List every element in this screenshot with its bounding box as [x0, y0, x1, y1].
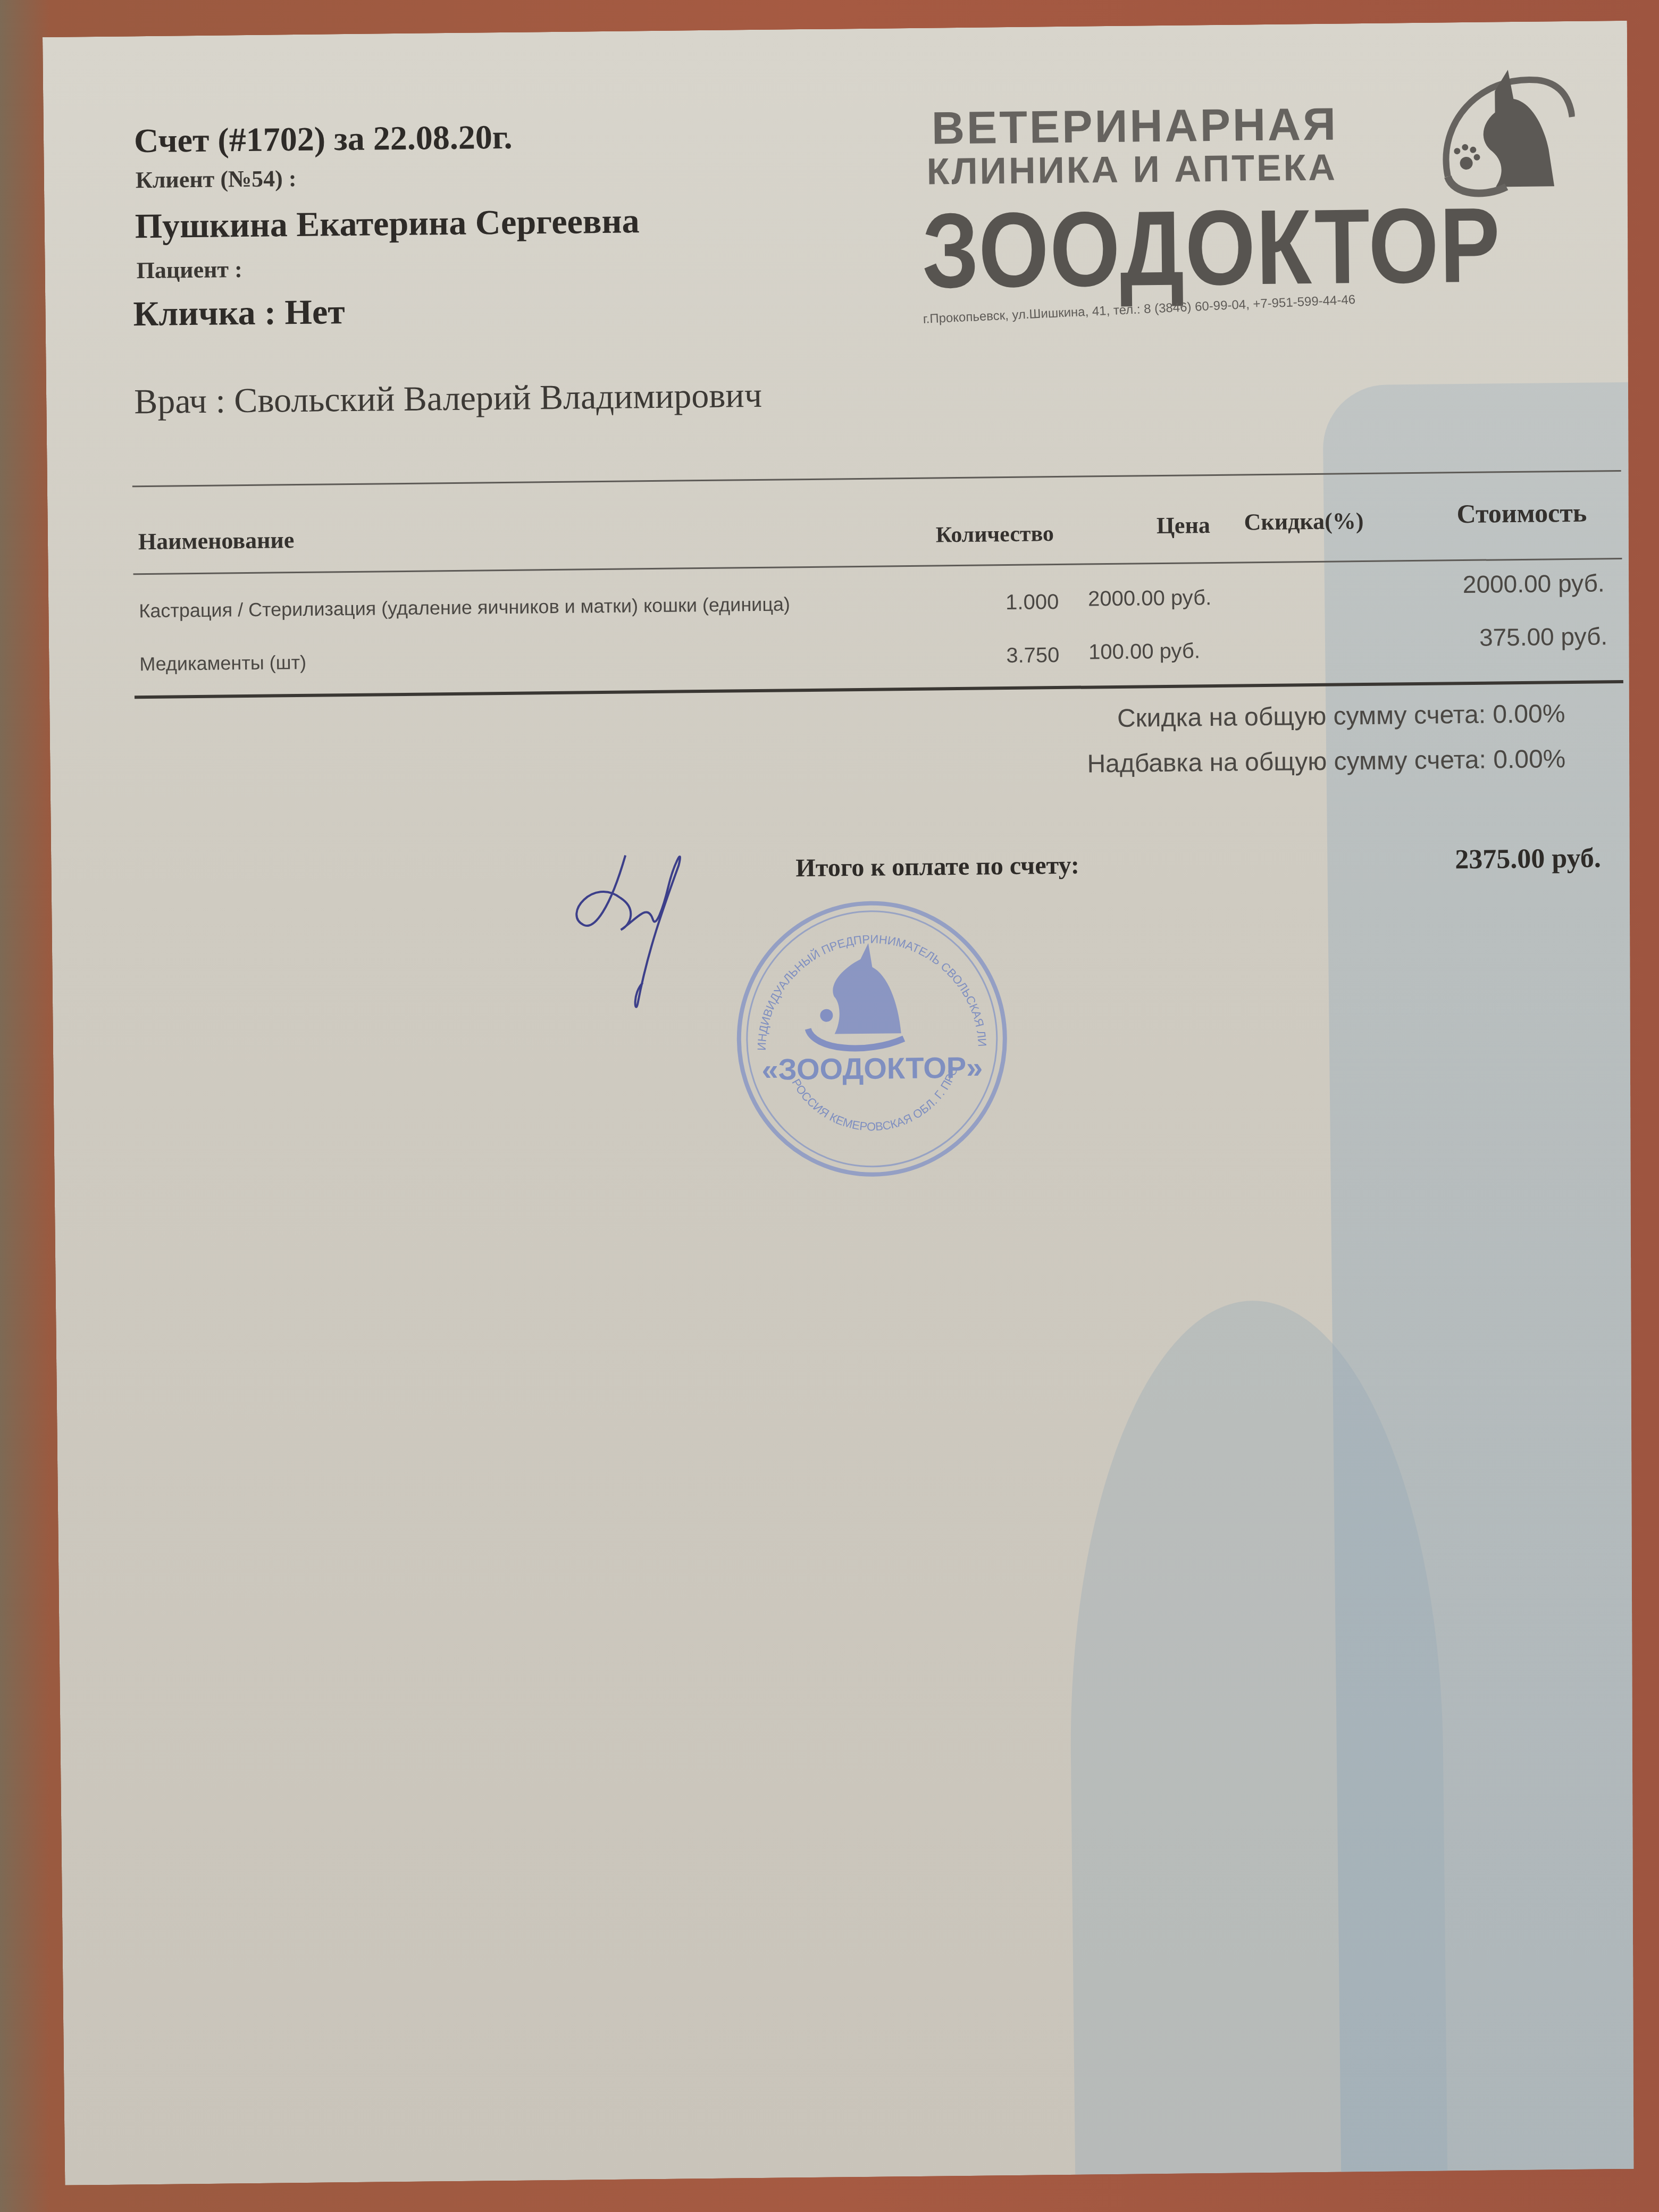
total-label: Итого к оплате по счету: — [795, 851, 1079, 883]
row1-name: Кастрация / Стерилизация (удаление яични… — [139, 593, 790, 622]
logo-line2: КЛИНИКА И АПТЕКА — [926, 146, 1337, 193]
invoice-paper: Счет (#1702) за 22.08.20г. Клиент (№54) … — [43, 21, 1649, 2185]
hand-shadow-lower — [1066, 1299, 1448, 2207]
logo-brand: ЗООДОКТОР — [921, 184, 1502, 312]
client-name: Пушкина Екатерина Сергеевна — [135, 201, 640, 247]
row2-price: 100.00 руб. — [1088, 639, 1200, 664]
client-label: Клиент (№54) : — [136, 165, 297, 194]
table-row: Кастрация / Стерилизация (удаление яични… — [43, 21, 1627, 37]
signature — [562, 843, 744, 1026]
company-stamp: ИНДИВИДУАЛЬНЫЙ ПРЕДПРИНИМАТЕЛЬ СВОЛЬСКАЯ… — [727, 894, 1017, 1184]
row2-cost: 375.00 руб. — [1479, 622, 1608, 652]
row1-cost: 2000.00 руб. — [1463, 568, 1605, 599]
table-top-rule — [132, 470, 1621, 487]
stamp-brand: «ЗООДОКТОР» — [761, 1051, 983, 1086]
row2-quantity: 3.750 — [1006, 643, 1060, 668]
col-header-price: Цена — [1156, 512, 1210, 539]
patient-label: Пациент : — [136, 256, 242, 284]
dog-cat-paw-icon — [1415, 58, 1576, 220]
discount-summary: Скидка на общую сумму счета: 0.00% — [1117, 699, 1565, 733]
doctor-name: Врач : Свольский Валерий Владимирович — [134, 375, 763, 422]
header-bottom-rule — [133, 558, 1622, 575]
hand-shadow — [1322, 382, 1659, 2193]
col-header-quantity: Количество — [936, 521, 1054, 548]
row1-quantity: 1.000 — [1006, 590, 1059, 615]
table-row: Медикаменты (шт) 3.750 100.00 руб. 375.0… — [43, 21, 1627, 37]
invoice-title: Счет (#1702) за 22.08.20г. — [134, 118, 513, 161]
row2-name: Медикаменты (шт) — [139, 651, 306, 675]
col-header-discount: Скидка(%) — [1244, 507, 1363, 535]
col-header-cost: Стоимость — [1456, 497, 1587, 530]
clinic-logo: ВЕТЕРИНАРНАЯ КЛИНИКА И АПТЕКА ЗООДОКТОР … — [904, 53, 1598, 326]
row1-price: 2000.00 руб. — [1088, 586, 1211, 611]
total-value: 2375.00 руб. — [1455, 842, 1601, 875]
table-bottom-rule — [135, 680, 1623, 699]
pet-name: Кличка : Нет — [133, 292, 345, 334]
markup-summary: Надбавка на общую сумму счета: 0.00% — [1087, 744, 1565, 778]
col-header-name: Наименование — [138, 526, 295, 555]
